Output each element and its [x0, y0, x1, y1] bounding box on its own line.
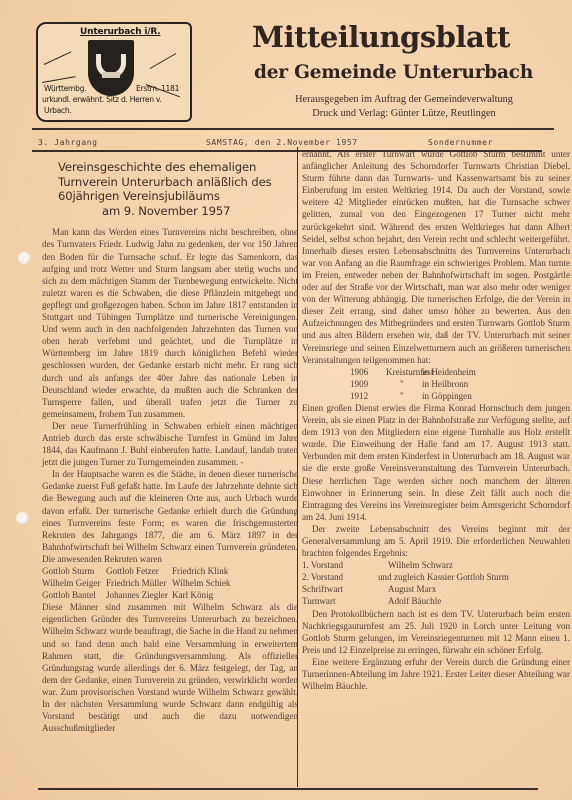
- logo-first-mention: Erstm. 1181: [136, 84, 179, 93]
- punch-hole-top: [18, 252, 31, 265]
- article-right-column: ernannt. Als erster Turnwart wurde Gottl…: [302, 148, 570, 692]
- headline-line: Turnverein Unterurbach anläßlich des: [58, 175, 298, 190]
- branch-decoration: [44, 51, 72, 65]
- article-left-column: Vereinsgeschichte des ehemaligen Turnver…: [42, 160, 298, 734]
- founder-name: Wilhelm Geiger: [42, 577, 106, 589]
- masthead-rule: [32, 128, 554, 130]
- founder-name: Johannes Ziegler: [106, 589, 172, 601]
- officer-role: Schriftwart: [302, 583, 378, 595]
- issue-date: SAMSTAG, den 2.November 1957: [206, 138, 358, 147]
- logo-urbach: Urbach.: [44, 106, 71, 115]
- publisher-line-1: Herausgegeben im Auftrag der Gemeindever…: [254, 94, 554, 105]
- logo-description: urkundl. erwähnt. Sitz d. Herren v.: [42, 95, 162, 104]
- officer-name: August Marx: [378, 583, 558, 595]
- punch-hole-bottom: [16, 512, 29, 525]
- headline-line: 60jährigen Vereinsjubiläums: [58, 189, 298, 204]
- founder-name: Gottlob Bantel: [42, 589, 106, 601]
- footer-rule: [38, 788, 538, 790]
- headline-line: Vereinsgeschichte des ehemaligen: [58, 160, 298, 175]
- founder-name: Gottlob Fetzer: [106, 565, 172, 577]
- paragraph: Eine weitere Ergänzung erfuhr der Verein…: [302, 656, 570, 692]
- event-name: ": [386, 390, 422, 402]
- logo-title: Unterurbach i/R.: [80, 27, 161, 37]
- event-name: Kreisturnfest: [386, 366, 422, 378]
- event-year: 1909: [350, 378, 386, 390]
- horn-band: [102, 72, 120, 78]
- logo-state: Württembg.: [44, 84, 86, 93]
- officer-role: Turnwart: [302, 595, 378, 607]
- founder-name: Friedrich Klink: [172, 565, 252, 577]
- article-body-left: Man kann das Werden eines Turnvereins ni…: [42, 226, 298, 734]
- paragraph: ernannt. Als erster Turnwart wurde Gottl…: [302, 148, 570, 366]
- paragraph: Den Protokollbüchern nach ist es dem TV.…: [302, 608, 570, 656]
- branch-decoration: [150, 53, 176, 69]
- article-body-right: ernannt. Als erster Turnwart wurde Gottl…: [302, 148, 570, 692]
- officer-name: und zugleich Kassier Gottlob Sturm: [378, 571, 558, 583]
- paragraph: Einen großen Dienst erwies die Firma Kon…: [302, 402, 570, 523]
- paragraph: Man kann das Werden eines Turnvereins ni…: [42, 226, 298, 420]
- municipal-coat-of-arms-logo: Unterurbach i/R. Württembg. Erstm. 1181 …: [36, 22, 192, 122]
- founder-name: Karl König: [172, 589, 252, 601]
- article-headline: Vereinsgeschichte des ehemaligen Turnver…: [58, 160, 298, 218]
- branch-decoration: [42, 76, 76, 83]
- events-list: 1906 Kreisturnfest in Heidenheim 1909 " …: [302, 366, 570, 402]
- founder-name: Wilhelm Schiek: [172, 577, 252, 589]
- edition-label: Sondernummer: [428, 138, 493, 147]
- shield-icon: [88, 40, 134, 96]
- officer-role: 2. Vorstand: [302, 571, 378, 583]
- newsletter-subtitle: der Gemeinde Unterurbach: [254, 62, 533, 83]
- paragraph: Der zweite Lebensabschnitt des Vereins b…: [302, 523, 570, 559]
- event-year: 1906: [350, 366, 386, 378]
- founder-name: Friedrich Müller: [106, 577, 172, 589]
- event-place: in Heidenheim: [422, 366, 542, 378]
- officer-name: Wilhelm Schwarz: [378, 559, 558, 571]
- event-place: in Göppingen: [422, 390, 542, 402]
- volume-label: 3. Jahrgang: [38, 138, 98, 147]
- newsletter-title: Mitteilungsblatt: [252, 20, 510, 54]
- event-year: 1912: [350, 390, 386, 402]
- officers-list: 1. Vorstand Wilhelm Schwarz 2. Vorstand …: [302, 559, 570, 607]
- founder-name: Gottlob Sturm: [42, 565, 106, 577]
- newsletter-page: Unterurbach i/R. Württembg. Erstm. 1181 …: [0, 0, 572, 800]
- event-place: in Heilbronn: [422, 378, 542, 390]
- paragraph: In der Hauptsache waren es die Städte, i…: [42, 468, 298, 565]
- paragraph: Der neue Turnerfrühling in Schwaben erhi…: [42, 420, 298, 468]
- founders-list: Gottlob Sturm Gottlob Fetzer Friedrich K…: [42, 565, 298, 601]
- officer-role: 1. Vorstand: [302, 559, 378, 571]
- headline-line: am 9. November 1957: [58, 204, 298, 219]
- paragraph: Diese Männer sind zusammen mit Wilhelm S…: [42, 601, 298, 734]
- officer-name: Adolf Bäuchle: [378, 595, 558, 607]
- publisher-line-2: Druck und Verlag: Günter Lütze, Reutling…: [254, 108, 554, 119]
- event-name: ": [386, 378, 422, 390]
